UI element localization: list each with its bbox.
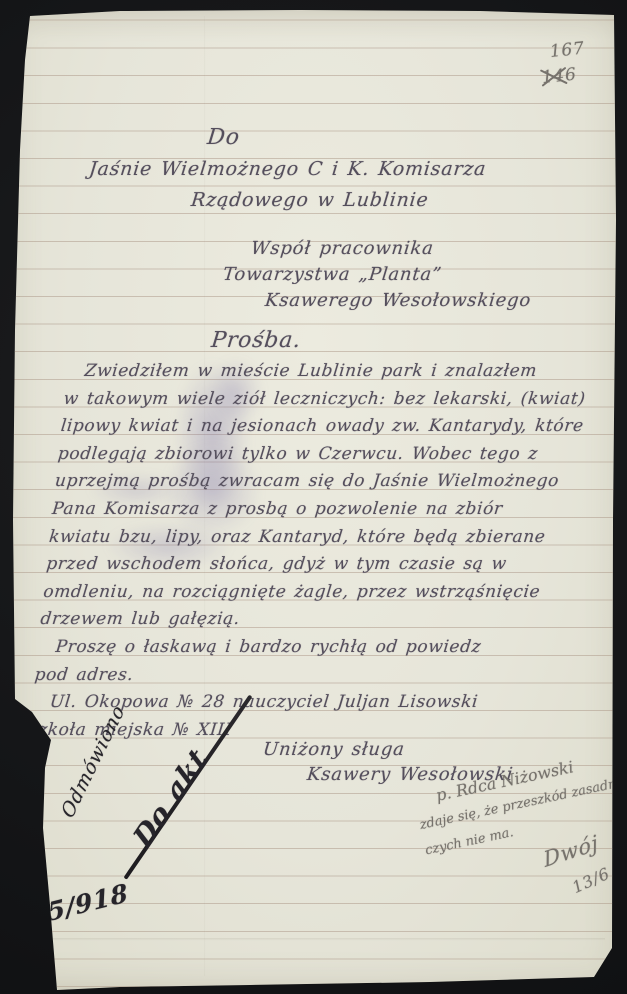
letter-body: Zwiedziłem w mieście Lublinie park i zna… (27, 358, 613, 744)
archival-number-crossed: 146 (541, 64, 578, 88)
sender-line-3: Ksawerego Wesołowskiego (264, 290, 532, 311)
sender-line-1: Współ pracownika (250, 238, 435, 259)
letter-page: 167 146 Do Jaśnie Wielmożnego C i K. Kom… (0, 0, 627, 994)
body-line: kwiatu bzu, lipy, oraz Kantaryd, które b… (48, 524, 596, 552)
annotation-to-files: Do akt (127, 742, 213, 855)
file-number: 5/918 (46, 878, 130, 927)
body-line: Proszę o łaskawą i bardzo rychłą od powi… (36, 634, 584, 662)
body-line: drzewem lub gałęzią. (39, 606, 587, 634)
salutation-to: Do (206, 125, 241, 150)
body-line: przed wschodem słońca, gdyż w tym czasie… (45, 551, 593, 579)
pencil-date: 13/6 (569, 864, 612, 897)
document-title: Prośba. (210, 328, 302, 353)
body-line: pod adres. (33, 662, 581, 690)
crossed-number-value: 146 (541, 64, 578, 88)
archival-number-top: 167 (549, 38, 586, 62)
body-line: omdleniu, na rozciągnięte żagle, przez w… (42, 579, 590, 607)
addressee-line-1: Jaśnie Wielmożnego C i K. Komisarza (88, 158, 487, 180)
sender-line-2: Towarzystwa „Planta” (222, 264, 443, 285)
body-line: Pana Komisarza z prosbą o pozwolenie na … (51, 496, 599, 524)
addressee-line-2: Rządowego w Lublinie (190, 189, 430, 211)
horizontal-crease (30, 938, 605, 941)
body-line: w takowym wiele ziół leczniczych: bez le… (62, 386, 610, 414)
body-line: lipowy kwiat i na jesionach owady zw. Ka… (59, 413, 607, 441)
body-line: Zwiedziłem w mieście Lublinie park i zna… (65, 358, 613, 386)
closing-phrase: Uniżony sługa (262, 739, 406, 760)
body-line: podlegają zbiorowi tylko w Czerwcu. Wobe… (56, 441, 604, 469)
body-line: uprzejmą prośbą zwracam się do Jaśnie Wi… (53, 468, 601, 496)
